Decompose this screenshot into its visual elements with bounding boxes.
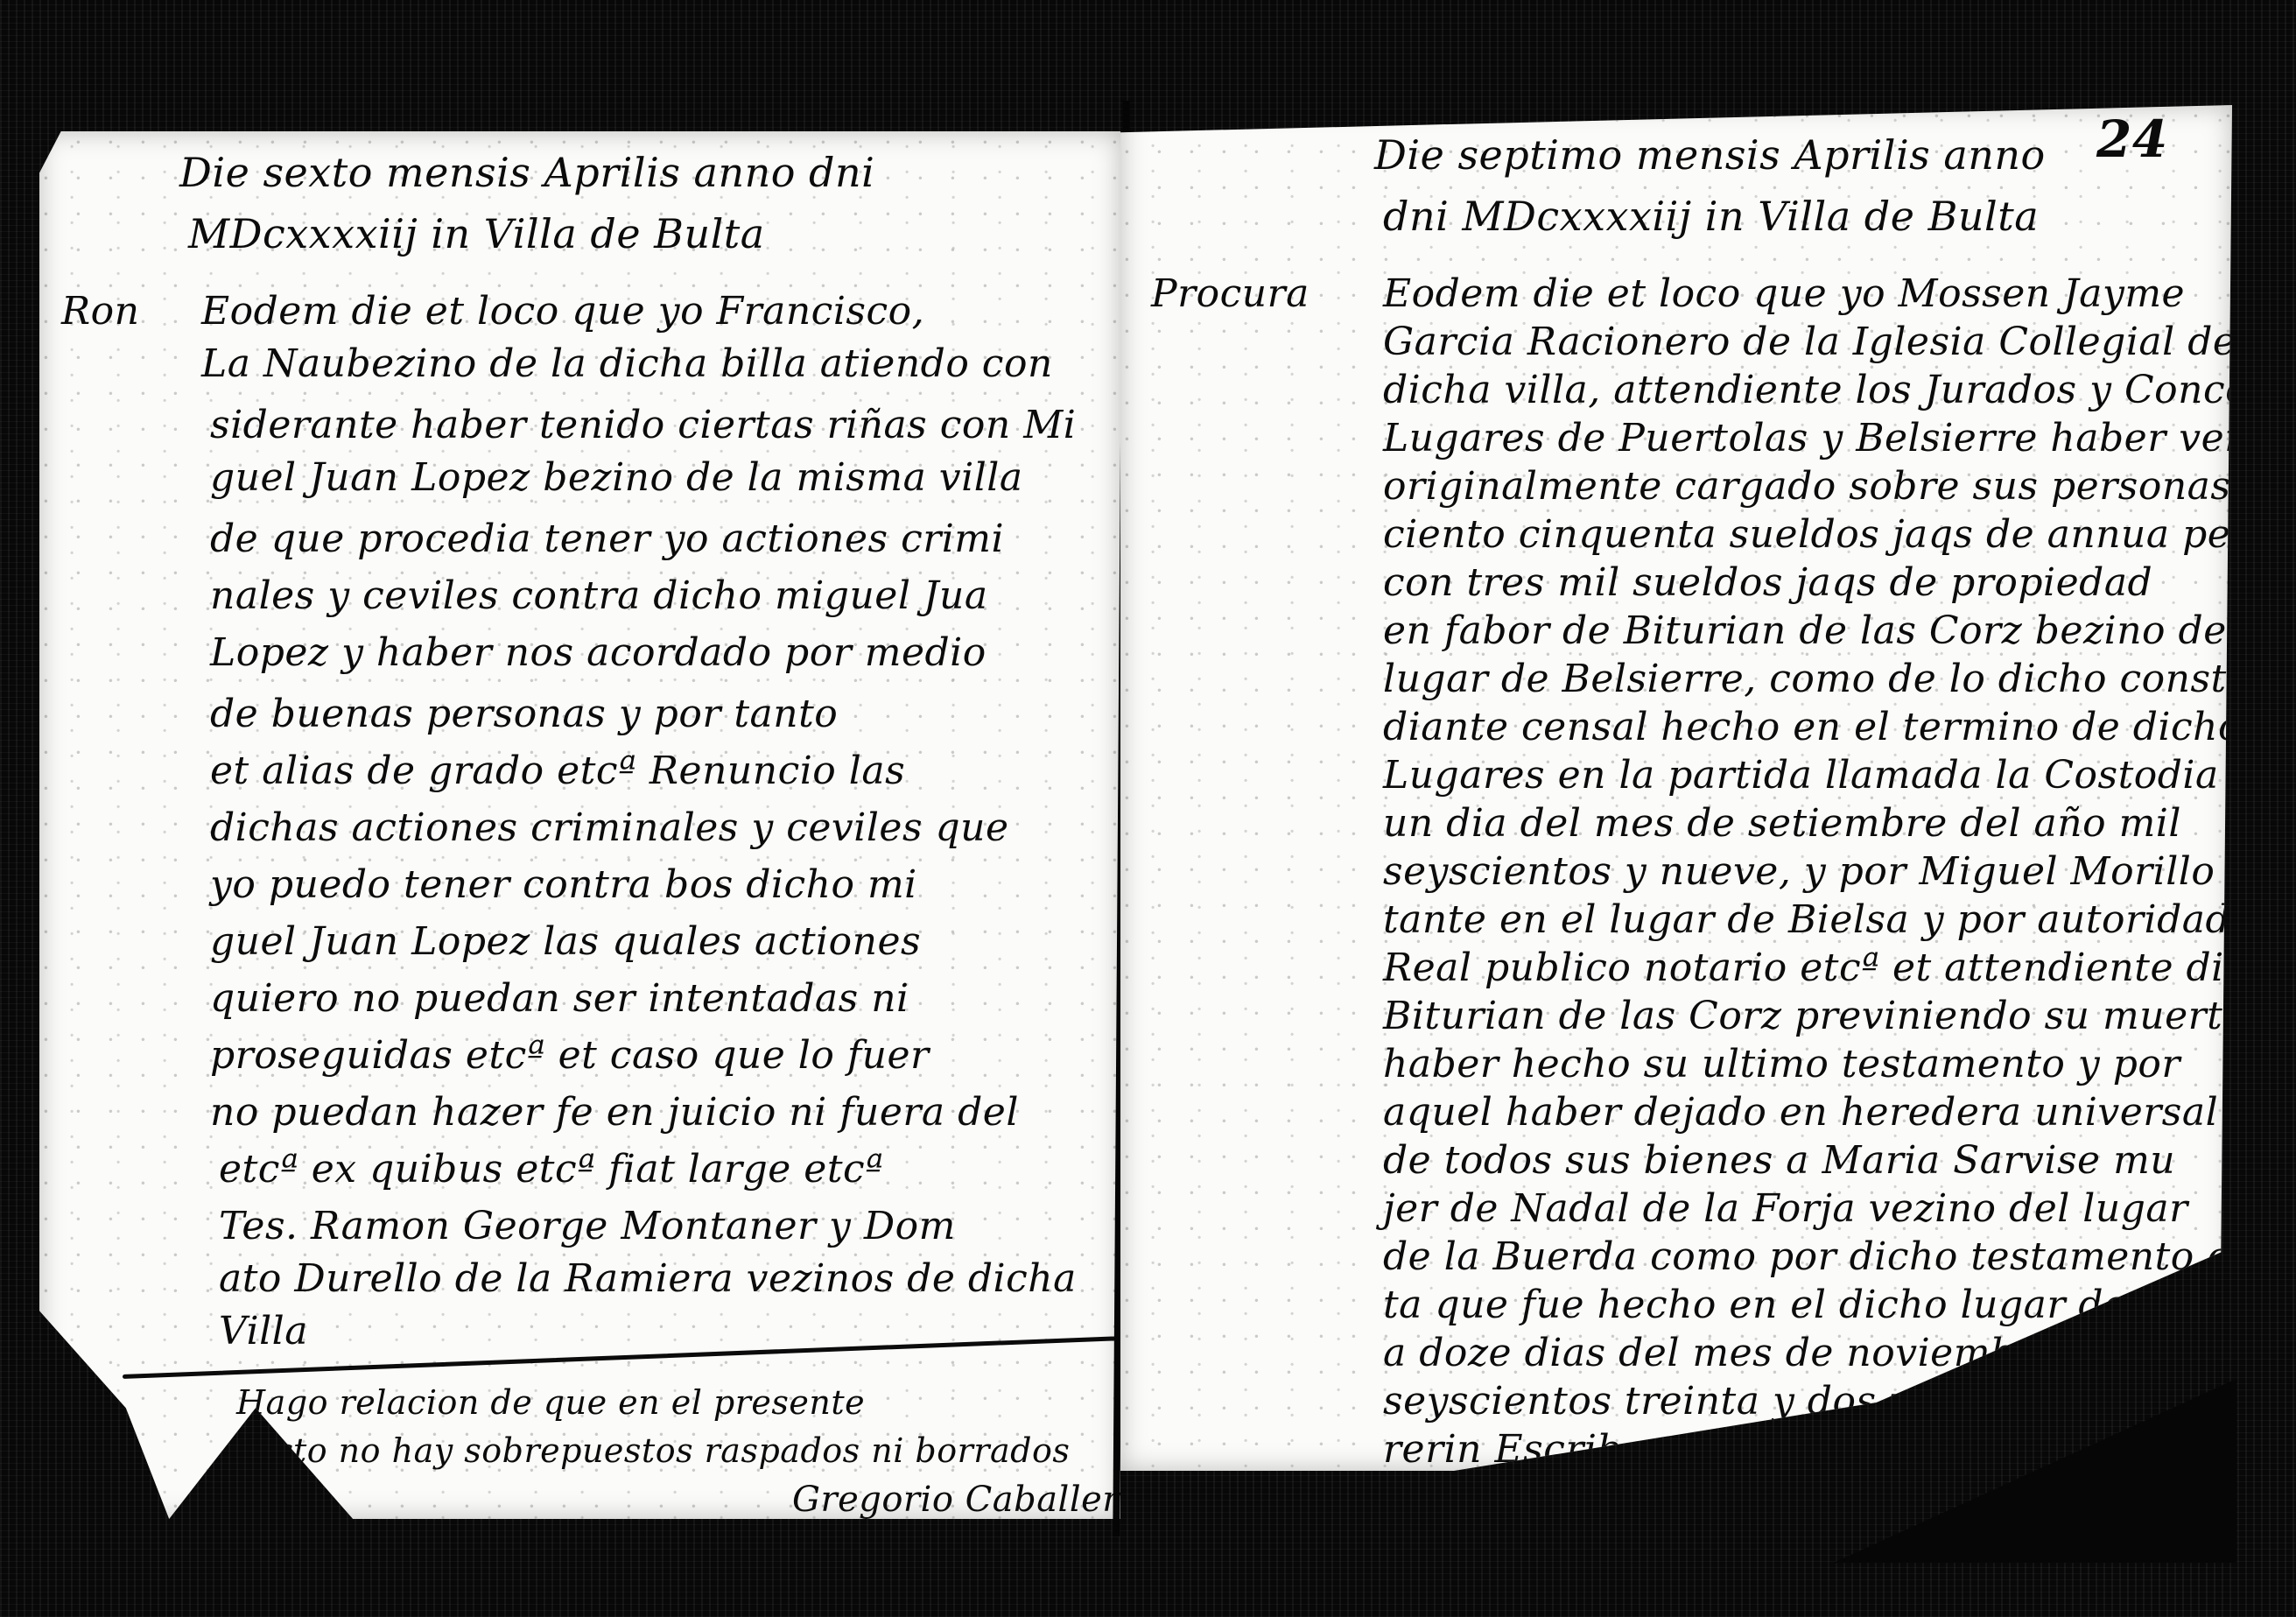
- page-number: 24: [2096, 109, 2168, 169]
- text-line: nales y ceviles contra dicho miguel Jua: [210, 573, 988, 619]
- text-line: La Naubezino de la dicha billa atiendo c…: [201, 341, 1053, 387]
- text-line: en fabor de Biturian de las Corz bezino …: [1383, 608, 2296, 654]
- text-line: proseguidas etcª et caso que lo fuer: [210, 1033, 930, 1079]
- text-line: jer de Nadal de la Forja vezino del luga…: [1383, 1186, 2188, 1232]
- text-line: haber hecho su ultimo testamento y por: [1383, 1042, 2180, 1087]
- text-line: de buenas personas y por tanto: [210, 692, 838, 737]
- text-line: et alias de grado etcª Renuncio las: [210, 749, 905, 794]
- text-line: quiero no puedan ser intentadas ni: [210, 976, 909, 1022]
- text-line: Villa: [219, 1309, 308, 1354]
- text-line: Biturian de las Corz previniendo su muer…: [1383, 994, 2246, 1039]
- footer-note-line-1: Hago relacion de que en el presente: [236, 1383, 865, 1422]
- text-line: Garcia Racionero de la Iglesia Collegial…: [1383, 320, 2285, 365]
- text-line: guel Juan Lopez bezino de la misma villa: [210, 455, 1023, 501]
- text-line: de la Buerda como por dicho testamento c…: [1383, 1234, 2296, 1280]
- text-line: aquel haber dejado en heredera universal: [1383, 1090, 2218, 1135]
- text-line: a doze dias del mes de noviembre del año…: [1383, 1331, 2292, 1376]
- text-line: Eodem die et loco que yo Francisco,: [201, 289, 924, 334]
- text-line: Lugares de Puertolas y Belsierre haber v…: [1383, 416, 2296, 461]
- right-heading-line-2: dni MDcxxxxiij in Villa de Bulta: [1383, 193, 2039, 240]
- text-line: ato Durello de la Ramiera vezinos de dic…: [219, 1256, 1077, 1302]
- text-line: Eodem die et loco que yo Mossen Jayme: [1383, 271, 2185, 317]
- footer-note-line-2: acto no hay sobrepuestos raspados ni bor…: [254, 1431, 1070, 1470]
- right-margin-note: Procura: [1151, 271, 1309, 316]
- text-line: originalmente cargado sobre sus personas…: [1383, 464, 2296, 510]
- text-line: de todos sus bienes a Maria Sarvise mu: [1383, 1138, 2175, 1184]
- scan-shadow-corner: [1834, 1379, 2236, 1563]
- left-heading-line-1: Die sexto mensis Aprilis anno dni: [179, 149, 874, 196]
- text-line: diante censal hecho en el termino de dic…: [1383, 705, 2262, 750]
- text-line: lugar de Belsierre, como de lo dicho con…: [1383, 657, 2296, 702]
- text-line: seyscientos treinta y dos y por Jayme Ca…: [1383, 1379, 2253, 1424]
- text-line: yo puedo tener contra bos dicho mi: [210, 862, 917, 908]
- text-line: no puedan hazer fe en juicio ni fuera de…: [210, 1090, 1019, 1135]
- text-line: Real publico notario etcª et attendiente…: [1383, 946, 2295, 991]
- text-line: dicha villa, attendiente los Jurados y C…: [1383, 368, 2296, 413]
- text-line: Tes. Ramon George Montaner y Dom: [219, 1204, 956, 1249]
- right-page: 24 Die septimo mensis Aprilis anno dni M…: [1120, 105, 2232, 1471]
- text-line: tante en el lugar de Bielsa y por autori…: [1383, 897, 2230, 943]
- notary-signature: Gregorio Caballero: [792, 1480, 1141, 1520]
- text-line: dichas actiones criminales y ceviles que: [210, 805, 1009, 851]
- left-page: Die sexto mensis Aprilis anno dni MDcxxx…: [39, 131, 1120, 1519]
- text-line: Lopez y haber nos acordado por medio: [210, 630, 987, 676]
- left-margin-note: Ron: [61, 289, 139, 334]
- text-line: etcª ex quibus etcª fiat large etcª: [219, 1147, 884, 1192]
- text-line: guel Juan Lopez las quales actiones: [210, 919, 921, 965]
- text-line: con tres mil sueldos jaqs de propiedad: [1383, 560, 2152, 606]
- left-heading-line-2: MDcxxxxiij in Villa de Bulta: [188, 210, 765, 257]
- text-line: un dia del mes de setiembre del año mil: [1383, 801, 2181, 847]
- book-spread: Die sexto mensis Aprilis anno dni MDcxxx…: [39, 83, 2232, 1554]
- text-line: ta que fue hecho en el dicho lugar de la…: [1383, 1283, 2296, 1328]
- right-heading-line-1: Die septimo mensis Aprilis anno: [1374, 131, 2046, 179]
- text-line: Lugares en la partida llamada la Costodi…: [1383, 753, 2296, 798]
- text-line: ciento cinquenta sueldos jaqs de annua p…: [1383, 512, 2296, 558]
- text-line: de que procedia tener yo actiones crimi: [210, 517, 1004, 562]
- text-line: siderante haber tenido ciertas riñas con…: [210, 403, 1076, 448]
- text-line: seyscientos y nueve, y por Miguel Morill…: [1383, 849, 2296, 895]
